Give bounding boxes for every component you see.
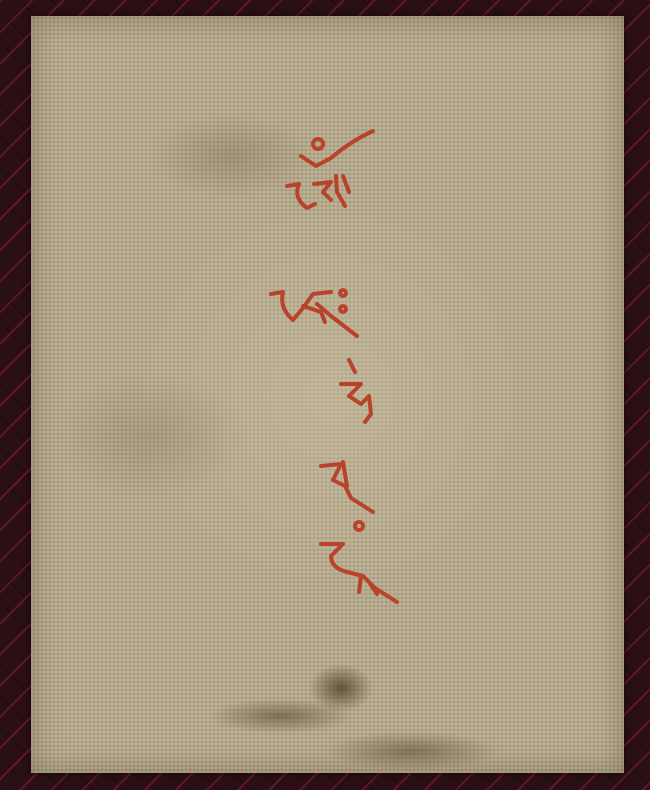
linen-canvas: ཨོཾ ཨཱཿ ཧཱུྃ ཧྲཱིཿ [31,16,624,773]
tibetan-inscription: ཨོཾ ཨཱཿ ཧཱུྃ ཧྲཱིཿ [31,16,624,773]
red-ink-glyphs [31,16,624,773]
